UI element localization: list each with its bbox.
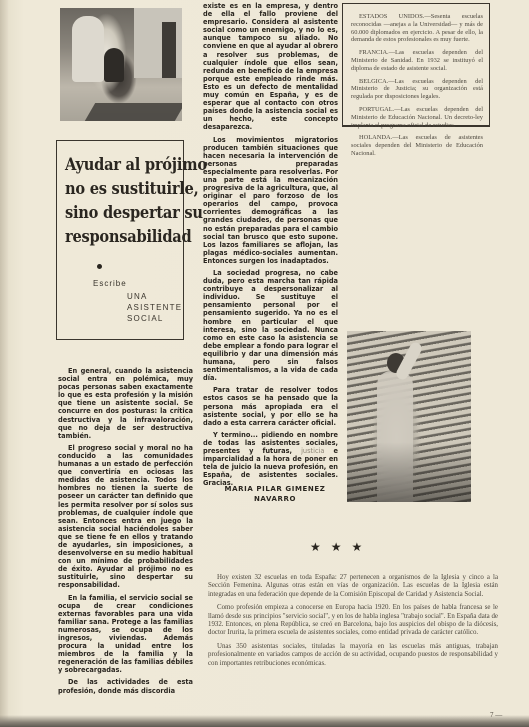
article-column-2: existe es en la empresa, y dentro de ell… <box>203 2 338 491</box>
pencil-annotation: justicia <box>301 447 324 455</box>
paragraph: Para tratar de resolver todos estos caso… <box>203 386 338 426</box>
byline-line: ASISTENTE <box>127 302 182 313</box>
sidebox-content: ESTADOS UNIDOS.—Sesenta escuelas reconoc… <box>351 13 483 163</box>
countries-sidebox: ESTADOS UNIDOS.—Sesenta escuelas reconoc… <box>342 3 490 127</box>
paragraph: De las actividades de esta profesión, do… <box>58 678 193 694</box>
paragraph: En la familia, el servicio social se ocu… <box>58 594 193 675</box>
country-paragraph: FRANCIA.—Las escuelas dependen del Minis… <box>351 49 483 72</box>
country-paragraph: ESTADOS UNIDOS.—Sesenta escuelas reconoc… <box>351 13 483 44</box>
photo-textile-worker <box>347 331 471 502</box>
byline-line: SOCIAL <box>127 313 182 324</box>
paragraph: La sociedad progresa, no cabe duda, pero… <box>203 269 338 382</box>
star-separator-icon: ★★★ <box>310 540 372 554</box>
paragraph: Los movimientos migratorios producen tam… <box>203 136 338 266</box>
page-binding-edge <box>0 0 8 727</box>
photo-shadow <box>85 103 182 121</box>
page-bottom-shadow <box>0 715 529 727</box>
signature-line: NAVARRO <box>220 494 330 504</box>
bottom-text-block: Hoy existen 32 escuelas en toda España: … <box>208 574 498 673</box>
paragraph: existe es en la empresa, y dentro de ell… <box>203 2 338 132</box>
photo-woman-figure <box>72 16 104 82</box>
photo-woman-child <box>60 8 182 121</box>
headline-line: no es sustituirle, <box>65 177 168 201</box>
signature-line: MARIA PILAR GIMENEZ <box>220 484 330 494</box>
photo-door <box>162 22 176 78</box>
headline-line: sino despertar su <box>65 201 168 225</box>
paragraph: Unas 350 asistentas sociales, tituladas … <box>208 643 498 668</box>
photo-child-figure <box>104 48 124 82</box>
headline-line: Ayudar al prójimo <box>65 153 168 177</box>
headline: Ayudar al prójimo no es sustituirle, sin… <box>65 153 168 249</box>
headline-box: Ayudar al prójimo no es sustituirle, sin… <box>56 140 184 340</box>
article-column-1: En general, cuando la asistencia social … <box>58 367 193 699</box>
country-paragraph: BELGICA.—Las escuelas dependen del Minis… <box>351 78 483 101</box>
byline-line: UNA <box>127 291 182 302</box>
bullet-icon <box>97 264 102 269</box>
paragraph: El progreso social y moral no ha conduci… <box>58 444 193 590</box>
paragraph: En general, cuando la asistencia social … <box>58 367 193 440</box>
country-paragraph: PORTUGAL.—Las escuelas dependen del Mini… <box>351 106 483 129</box>
paragraph: Hoy existen 32 escuelas en toda España: … <box>208 574 498 599</box>
magazine-page: Ayudar al prójimo no es sustituirle, sin… <box>0 0 529 727</box>
country-paragraph: HOLANDA.—Las escuelas de asistentes soci… <box>351 134 483 157</box>
photo-floor-shading <box>347 442 471 502</box>
paragraph: Como profesión empieza a conocerse en Eu… <box>208 604 498 638</box>
byline-prefix: Escribe <box>93 279 127 288</box>
author-signature: MARIA PILAR GIMENEZ NAVARRO <box>220 484 330 504</box>
closing-paragraph: Y termino... pidiendo en nombre de todas… <box>203 431 338 488</box>
byline-author: UNA ASISTENTE SOCIAL <box>127 291 182 324</box>
headline-line: responsabilidad <box>65 225 168 249</box>
